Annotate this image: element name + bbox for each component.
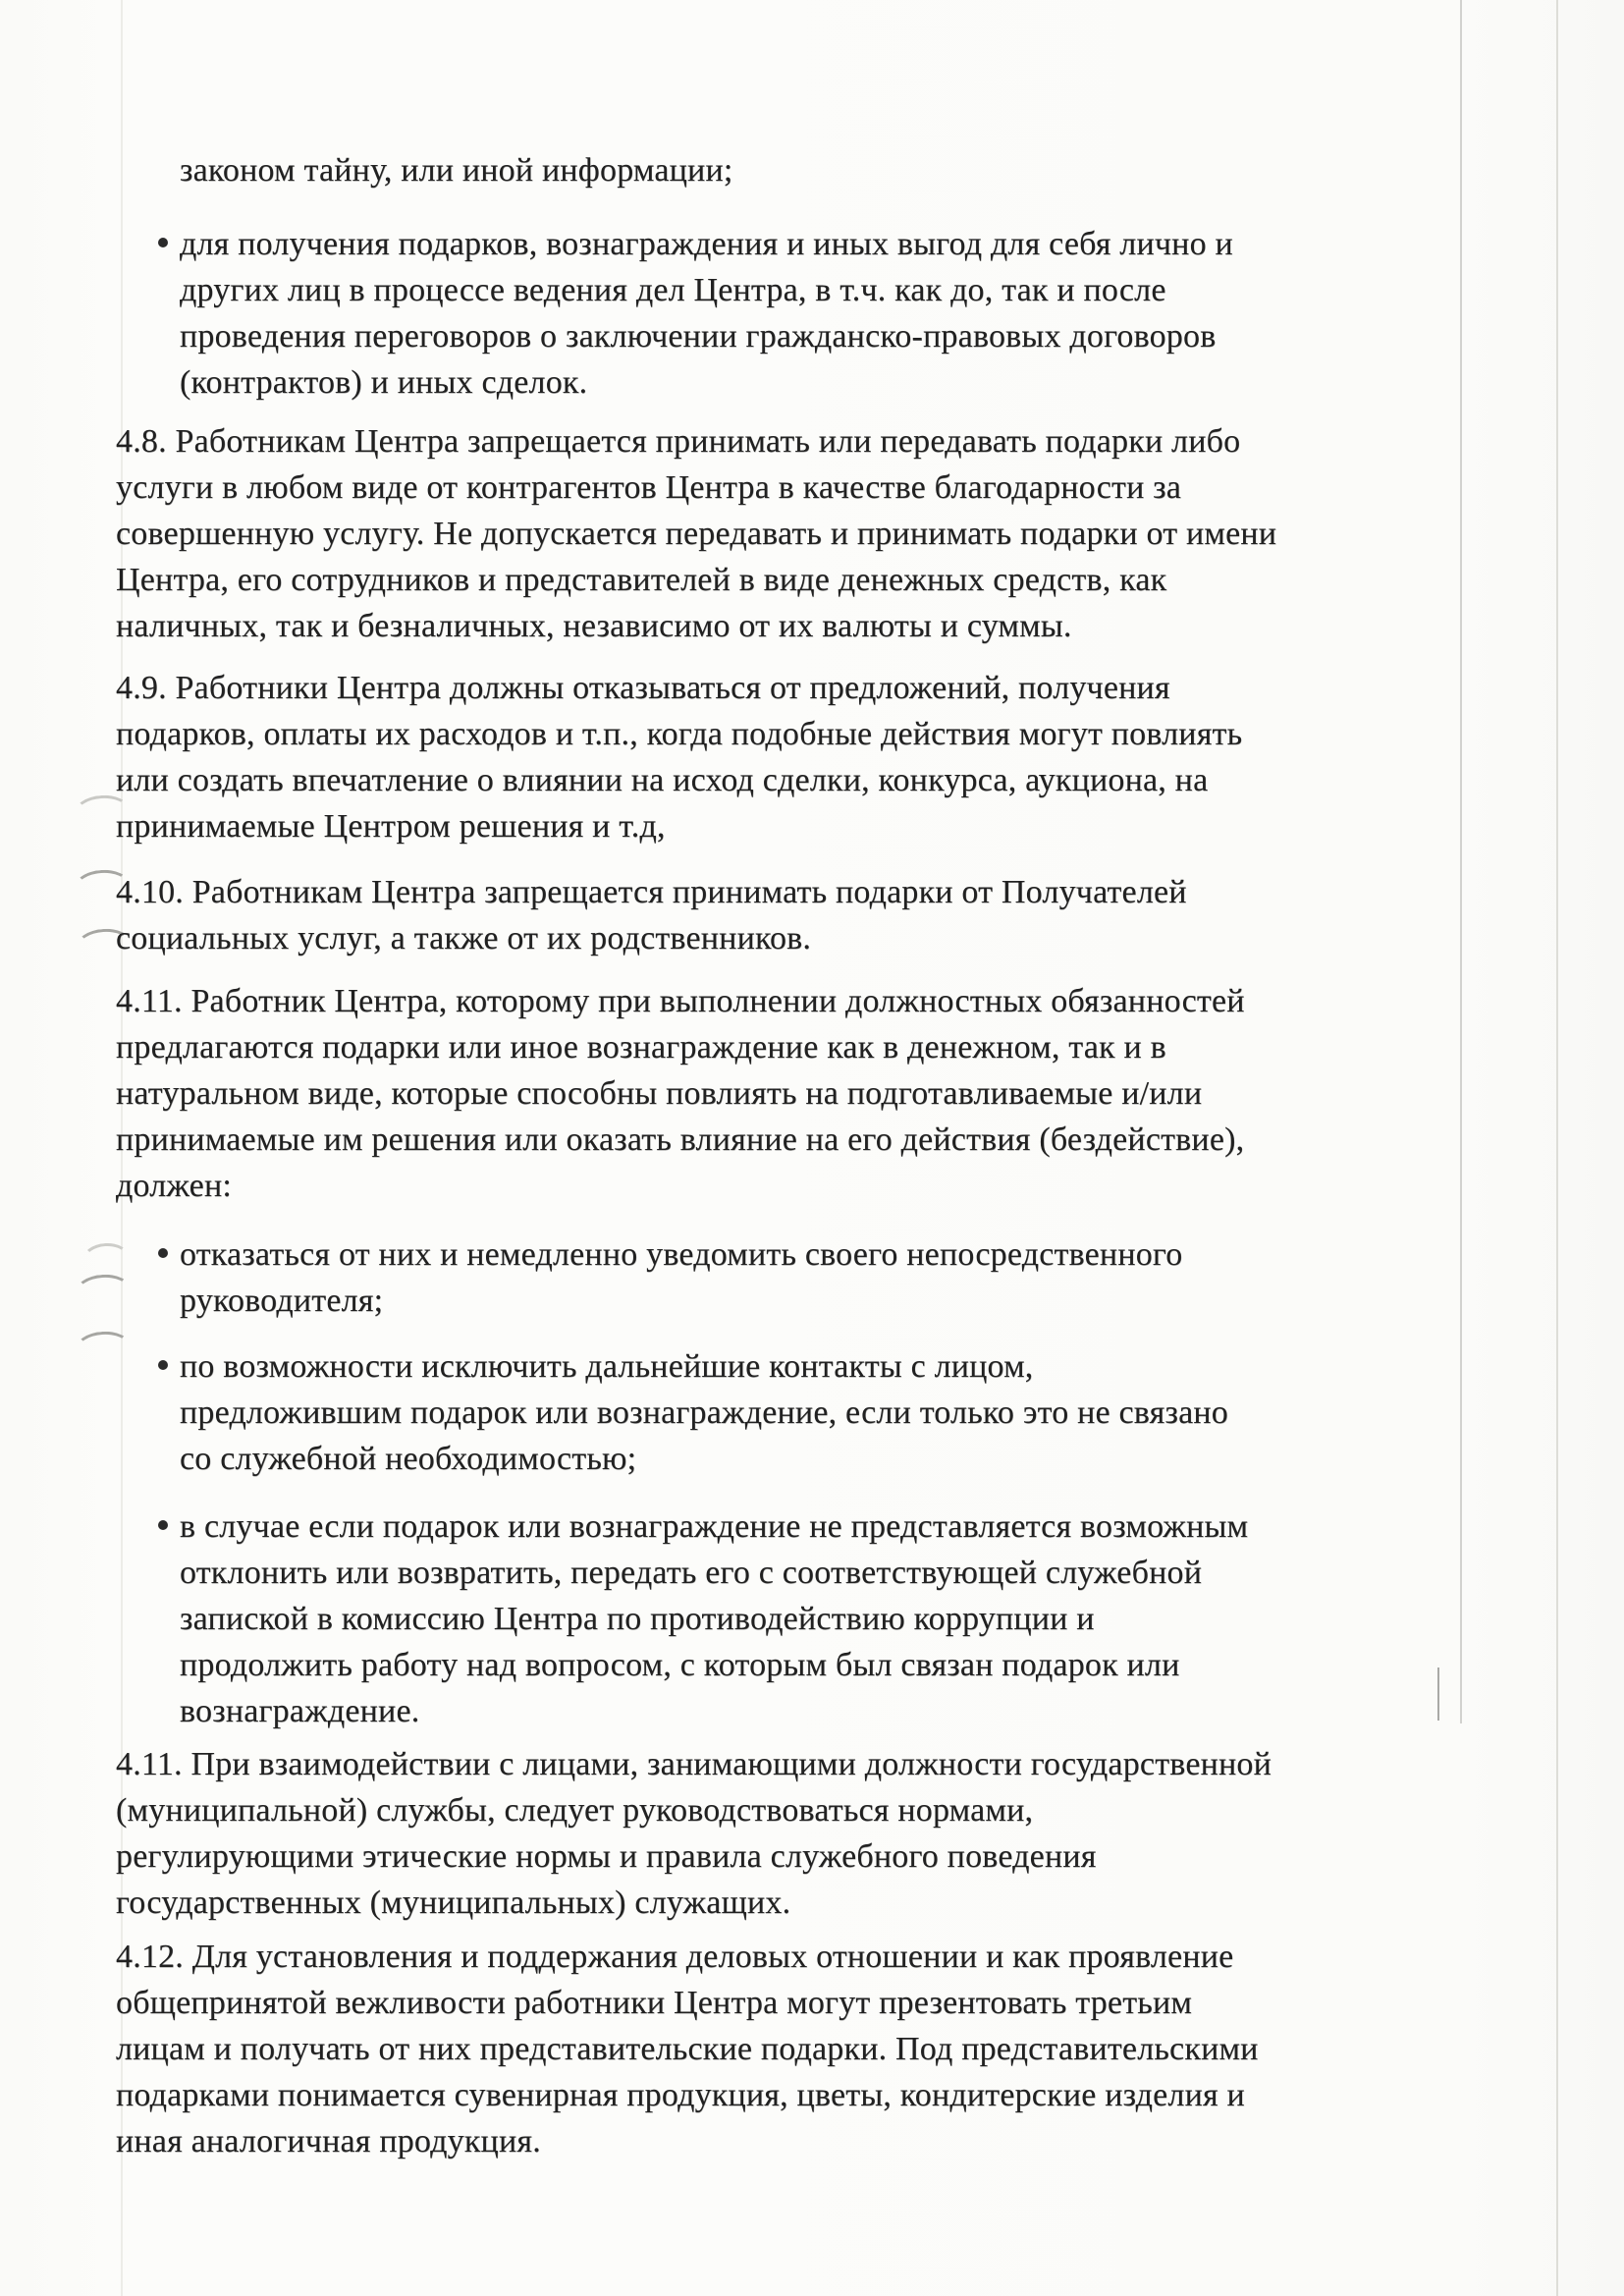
text-line: принимаемые Центром решения и т.д, — [116, 803, 1242, 849]
scan-line-right-outer — [1556, 0, 1558, 2296]
paragraph-4-8: 4.8. Работникам Центра запрещается прини… — [116, 418, 1276, 649]
text-line: вознаграждение. — [180, 1688, 1248, 1734]
text-line: 4.8. Работникам Центра запрещается прини… — [116, 418, 1276, 465]
text-line: государственных (муниципальных) служащих… — [116, 1880, 1272, 1926]
text-line: 4.10. Работникам Центра запрещается прин… — [116, 869, 1187, 915]
paragraph-4-12: 4.12. Для установления и поддержания дел… — [116, 1934, 1259, 2164]
paragraph-4-9: 4.9. Работники Центра должны отказыватьс… — [116, 665, 1242, 849]
text-line: или создать впечатление о влиянии на исх… — [116, 757, 1242, 803]
bullet-item-refuse: отказаться от них и немедленно уведомить… — [180, 1231, 1182, 1324]
text-line: отказаться от них и немедленно уведомить… — [180, 1231, 1182, 1278]
binder-hole-mark — [81, 1241, 131, 1276]
text-line: предложившим подарок или вознаграждение,… — [180, 1390, 1228, 1436]
text-line: (контрактов) и иных сделок. — [180, 359, 1233, 406]
text-line: социальных услуг, а также от их родствен… — [116, 915, 1187, 961]
bullet-item-exclude-contacts: по возможности исключить дальнейшие конт… — [180, 1343, 1228, 1482]
bullet-icon — [158, 1360, 168, 1370]
scan-line-right-inner — [1460, 0, 1462, 1723]
text-line: со служебной необходимостью; — [180, 1436, 1228, 1482]
text-line: 4.11. Работник Центра, которому при выпо… — [116, 978, 1245, 1024]
text-line: подарков, оплаты их расходов и т.п., ког… — [116, 711, 1242, 757]
binder-hole-mark — [75, 1330, 132, 1365]
bullet-icon — [158, 238, 168, 247]
bullet-icon — [158, 1248, 168, 1258]
text-line: продолжить работу над вопросом, с которы… — [180, 1642, 1248, 1688]
paragraph-4-11-second: 4.11. При взаимодействии с лицами, заним… — [116, 1741, 1272, 1926]
text-line: общепринятой вежливости работники Центра… — [116, 1980, 1259, 2026]
scanned-document-page: законом тайну, или иной информации; для … — [0, 0, 1624, 2296]
text-line: 4.11. При взаимодействии с лицами, заним… — [116, 1741, 1272, 1787]
text-line: иная аналогичная продукция. — [116, 2118, 1259, 2164]
binder-hole-mark — [75, 1273, 132, 1308]
bullet-icon — [158, 1520, 168, 1530]
bullet-item-transfer-to-commission: в случае если подарок или вознаграждение… — [180, 1503, 1248, 1734]
text-line: 4.9. Работники Центра должны отказыватьс… — [116, 665, 1242, 711]
text-line: принимаемые им решения или оказать влиян… — [116, 1117, 1245, 1163]
text-line: для получения подарков, вознаграждения и… — [180, 221, 1233, 267]
text-line: отклонить или возвратить, передать его с… — [180, 1550, 1248, 1596]
scan-line-right-segment — [1437, 1667, 1439, 1721]
paragraph-4-11-first: 4.11. Работник Центра, которому при выпо… — [116, 978, 1245, 1209]
text-line: других лиц в процессе ведения дел Центра… — [180, 267, 1233, 313]
text-line: руководителя; — [180, 1278, 1182, 1324]
text-line: проведения переговоров о заключении граж… — [180, 313, 1233, 359]
intro-bullet-item: для получения подарков, вознаграждения и… — [180, 221, 1233, 406]
text-line: (муниципальной) службы, следует руководс… — [116, 1787, 1272, 1833]
text-line: наличных, так и безналичных, независимо … — [116, 603, 1276, 649]
text-line: Центра, его сотрудников и представителей… — [116, 557, 1276, 603]
text-line: по возможности исключить дальнейшие конт… — [180, 1343, 1228, 1390]
text-line: в случае если подарок или вознаграждение… — [180, 1503, 1248, 1550]
paragraph-4-10: 4.10. Работникам Центра запрещается прин… — [116, 869, 1187, 961]
text-line: услуги в любом виде от контрагентов Цент… — [116, 465, 1276, 511]
text-line: подарками понимается сувенирная продукци… — [116, 2072, 1259, 2118]
text-line: 4.12. Для установления и поддержания дел… — [116, 1934, 1259, 1980]
text-line: лицам и получать от них представительски… — [116, 2026, 1259, 2072]
text-line: должен: — [116, 1163, 1245, 1209]
text-line: совершенную услугу. Не допускается перед… — [116, 511, 1276, 557]
text-line: натуральном виде, которые способны повли… — [116, 1070, 1245, 1117]
text-line: регулирующими этические нормы и правила … — [116, 1833, 1272, 1880]
text-line: законом тайну, или иной информации; — [180, 147, 732, 193]
text-line: запиской в комиссию Центра по противодей… — [180, 1596, 1248, 1642]
continuation-line: законом тайну, или иной информации; — [180, 147, 732, 193]
text-line: предлагаются подарки или иное вознагражд… — [116, 1024, 1245, 1070]
